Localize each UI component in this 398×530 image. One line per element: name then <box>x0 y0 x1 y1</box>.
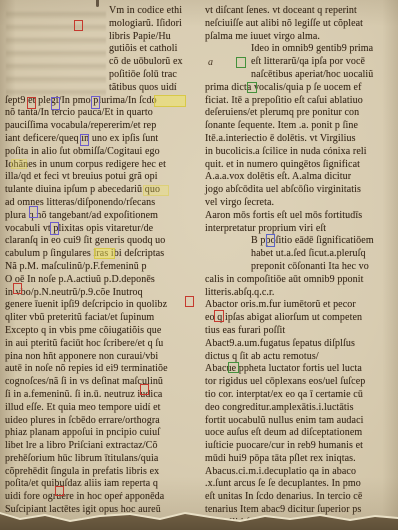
text-line: in aui pteritũ faciūt hoc ſcribere/et q … <box>5 338 198 351</box>
text-line: nõ tanta/In tercio pauca/Et in quarto <box>5 107 198 120</box>
text-line: tio cor. interptat/ex eo qa ī certamie c… <box>205 389 398 402</box>
violet-box <box>51 97 60 110</box>
red-box <box>27 97 36 109</box>
text-line: libris Papie/Hu <box>109 31 198 44</box>
text-line: ſi in a.femeninũ. ſi in.ū. neutruz iudic… <box>5 389 198 402</box>
red-box <box>214 310 224 322</box>
text-line: habet ut.a.ſed ſicut.a.pleruſq <box>251 248 398 261</box>
text-line: claranſq in eo cui9 ſit generis quodq uo <box>5 235 198 248</box>
yellow-highlight-faint <box>143 185 169 196</box>
text-line: vocabuli vt plixitas opis vitaretur/de <box>5 223 198 236</box>
text-column-left: Vm in codice ethimologiarũ. Iſidorilibri… <box>5 5 198 530</box>
text-line: Vm in codice ethi <box>109 5 198 18</box>
text-line: qliter vbũ preteritũ faciat/et ſupinum <box>5 312 198 325</box>
yellow-highlight-faint <box>11 159 27 169</box>
guide-letter-a: a <box>208 57 213 68</box>
text-line: illa/qd et feci vt breuius potui grã opi <box>5 171 198 184</box>
text-line: quit. et in numero quingētos ſignificat <box>205 159 398 172</box>
text-line: prehēſorium hūc librum ītitulans/quia <box>5 453 198 466</box>
text-line: pina non hñt apponere non curaui/vbi <box>5 351 198 364</box>
red-box <box>74 20 83 31</box>
text-line: mūdi hui9 pōpa tāta pſlet rex iniqtas. <box>205 453 398 466</box>
blue-box <box>266 234 275 247</box>
text-line: fortit uocabulũ nullus enim tam audaci <box>205 415 398 428</box>
text-line: iuſticie puocare/cur in reb9 humanis et <box>205 440 398 453</box>
green-box <box>236 57 246 68</box>
text-line: cõprehēdit ſingula in prefatis libris ex <box>5 466 198 479</box>
text-line: uoce auſus eſt deum ad diſceptationem <box>205 427 398 440</box>
text-line: Nã p.M. maſculinũ/p.F.femeninũ p <box>5 261 198 274</box>
text-line: vt diſcant ſenes. vt doceant q reperint <box>205 5 398 18</box>
text-line: Aaron mōs fortis eſt uel mōs fortitudīs <box>205 210 398 223</box>
text-line: interpretatur proprium viri eſt <box>205 223 398 236</box>
yellow-highlight <box>154 95 186 107</box>
text-column-right: vt diſcant ſenes. vt doceant q reperintn… <box>205 5 398 530</box>
text-line: tor rigidus uel cōplexans eos/uel ſuſcep <box>205 376 398 389</box>
text-line: pauciſſima vocabula/repererim/et rep <box>5 120 198 133</box>
text-line: poſita/et quibuſdaz aliis iam reperta q <box>5 478 198 491</box>
text-line: Ideo in omnib9 gentib9 prima <box>251 43 398 56</box>
text-line: mologiarũ. Iſidori <box>109 18 198 31</box>
text-line: iant deficere/queq in uno ex ipſis ſunt <box>5 133 198 146</box>
text-line: calis in compoſitiōe aūt omnib9 pponit <box>205 274 398 287</box>
text-line: pſalma me iuuet virgo alma. <box>205 31 398 44</box>
text-line: illud eſſe. Et quia meo tempore uidí et <box>5 402 198 415</box>
text-line: tulante diuina ipſum p abecedariũ quo <box>5 184 198 197</box>
text-line: naſcētibus aperiat/hoc uocaliũ <box>251 69 398 82</box>
violet-box <box>29 206 38 218</box>
text-line: autē in noſe nõ repies id ei9 terminatiõ… <box>5 363 198 376</box>
text-line: deſeruiens/et plerumq pre ponitur con <box>205 107 398 120</box>
text-line: eſt litterarũ/qa ipſa por vocē <box>251 56 398 69</box>
text-line: jogo abſcōdita uel abſcōſio virginitatis <box>205 184 398 197</box>
text-line: Abact9.a.um.fugatus ſepatus diſplſus <box>205 338 398 351</box>
text-line: in vbo/p.N.neutrũ/p.9.cõe Inutroq <box>5 287 198 300</box>
text-line: Iohãnes in unum corpus redigere hec et <box>5 159 198 172</box>
text-line: poſitiōe ſolū trac <box>109 69 198 82</box>
text-line: O oē In noſe p.A.actiuũ p.D.deponēs <box>5 274 198 287</box>
text-line: Abactor oris.m.fur iumētorũ et pecor <box>205 299 398 312</box>
text-line: A.a.a.vox dolētis eſt. A.alma dicitur <box>205 171 398 184</box>
yellow-highlight <box>94 248 115 259</box>
text-line: uidi fore ogruere in hoc opeŕ apponēda <box>5 491 198 504</box>
red-box <box>13 283 22 294</box>
text-line: cognoſces/nã ſi in vs deſinat maſculinũ <box>5 376 198 389</box>
violet-box <box>50 222 59 235</box>
green-box <box>247 82 257 93</box>
text-line: tenarius Item abac9 dicitur ſuperior ps <box>205 504 398 517</box>
text-line: genere īuenit ipſi9 deſcripcio in quolib… <box>5 299 198 312</box>
text-line: ſonante ſequente. Item .a. ponit p ſine <box>205 120 398 133</box>
text-line: gutiõis et catholi <box>109 43 198 56</box>
text-line: neſciuiſſe aut alibi nõ legiſſe ut cõple… <box>205 18 398 31</box>
red-box <box>140 384 149 395</box>
text-line: prima dicta vocalis/quia p ſe uocem ef <box>205 82 398 95</box>
text-line: in bucolicis.a ſcilice in nuda cónixa re… <box>205 146 398 159</box>
text-line: Excepto q in vbis pme cõiugatiõis que <box>5 325 198 338</box>
violet-box <box>91 96 100 109</box>
text-line: eo q ipſas abigat aliorſum ut competen <box>205 312 398 325</box>
green-box <box>228 362 239 373</box>
text-line: .x.ſunt arcus ſe ſe decuplantes. In pmo <box>205 478 398 491</box>
text-line: eſt unitas In ſcdo denarius. In tercio c… <box>205 491 398 504</box>
text-line: phiaz planam appoſui in pncipio cuiuſ <box>5 427 198 440</box>
text-line: Abacus.ci.m.i.decuplatio qa in abaco <box>205 466 398 479</box>
text-line: Itē.a.interiectio ē dolētis. vt Virgiliu… <box>205 133 398 146</box>
red-box <box>185 296 194 307</box>
text-line: litteris.abſq.q.c.r. <box>205 287 398 300</box>
violet-box <box>80 134 89 146</box>
text-line: ficiat. Itē a prepoſitio eſt caſui ablat… <box>205 95 398 108</box>
manuscript-page: Vm in codice ethimologiarũ. Iſidorilibri… <box>0 0 398 530</box>
text-line: cõ de uōbulorũ ex <box>109 56 198 69</box>
text-line: vel virgo ſecreta. <box>205 197 398 210</box>
text-line: preponit cōſonanti Ita hec vo <box>251 261 398 274</box>
text-line: poſita in alio ſut obmiſſa/Cogitaui ego <box>5 146 198 159</box>
text-line: tius eas furari poſſit <box>205 325 398 338</box>
text-line: tãtibus quos uidí <box>109 82 198 95</box>
text-line: deo congreditur.amplexātis.i.luctātis <box>205 402 398 415</box>
text-line: libet lre a libro Priſciani extractaz/Cõ <box>5 440 198 453</box>
red-box <box>55 486 64 496</box>
text-line: uideo plures in ſcbēdo errare/orthogra <box>5 415 198 428</box>
